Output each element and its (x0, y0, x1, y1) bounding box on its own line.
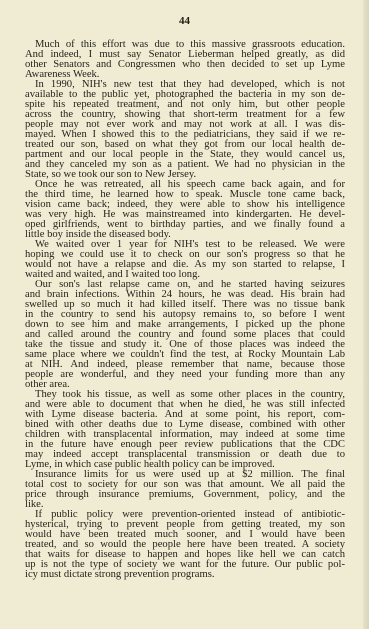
paragraph: Much of this effort was due to this mass… (25, 40, 345, 80)
paragraph: In 1990, NIH's new test that they had de… (25, 80, 345, 180)
body-text: Much of this effort was due to this mass… (25, 40, 345, 580)
paragraph: We waited over 1 year for NIH's test to … (25, 240, 345, 280)
text-line: people are wonderful, and they need your… (25, 370, 345, 380)
text-line: icy must dictate strong prevention progr… (25, 570, 345, 580)
paragraph: Our son's last relapse came on, and he s… (25, 280, 345, 390)
page-number: 44 (0, 15, 369, 27)
paragraph: If public policy were prevention-oriente… (25, 510, 345, 580)
text-line: price through insurance premiums, Govern… (25, 490, 345, 500)
paragraph: They took his tissue, as well as some ot… (25, 390, 345, 470)
paragraph: Once he was retreated, all his speech ca… (25, 180, 345, 240)
paragraph: Insurance limits for us were used up at … (25, 470, 345, 510)
page-edge-shadow (363, 0, 369, 629)
